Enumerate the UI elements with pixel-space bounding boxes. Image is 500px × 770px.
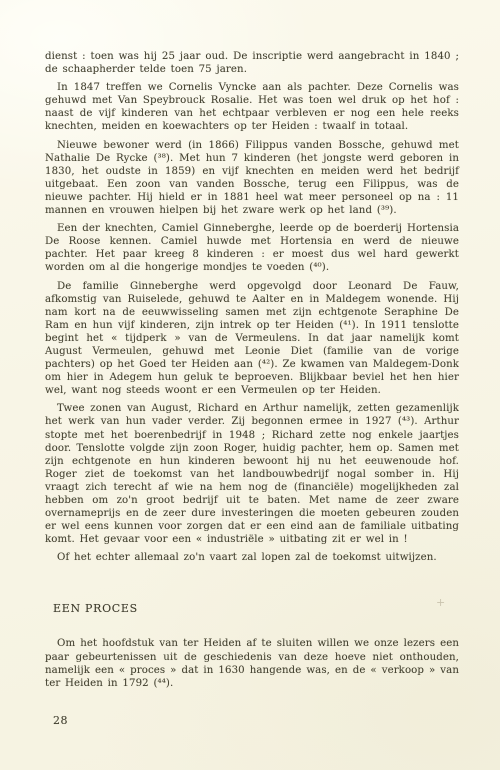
paragraph: Of het echter allemaal zo'n vaart zal lo… bbox=[45, 551, 459, 564]
body-text: dienst : toen was hij 25 jaar oud. De in… bbox=[45, 50, 459, 695]
section-heading: EEN PROCES bbox=[45, 602, 459, 615]
ghost-showthrough-mark: + bbox=[436, 596, 445, 609]
page-number: 28 bbox=[53, 714, 68, 727]
book-page: dienst : toen was hij 25 jaar oud. De in… bbox=[0, 0, 500, 770]
paragraph: Een der knechten, Camiel Ginneberghe, le… bbox=[45, 222, 459, 274]
paragraph: Nieuwe bewoner werd (in 1866) Filippus v… bbox=[45, 139, 459, 218]
paragraph: De familie Ginneberghe werd opgevolgd do… bbox=[45, 280, 459, 398]
paragraph: Twee zonen van August, Richard en Arthur… bbox=[45, 402, 459, 546]
paragraph: dienst : toen was hij 25 jaar oud. De in… bbox=[45, 50, 459, 76]
paragraph: In 1847 treffen we Cornelis Vyncke aan a… bbox=[45, 81, 459, 133]
paragraph: Om het hoofdstuk van ter Heiden af te sl… bbox=[45, 637, 459, 689]
